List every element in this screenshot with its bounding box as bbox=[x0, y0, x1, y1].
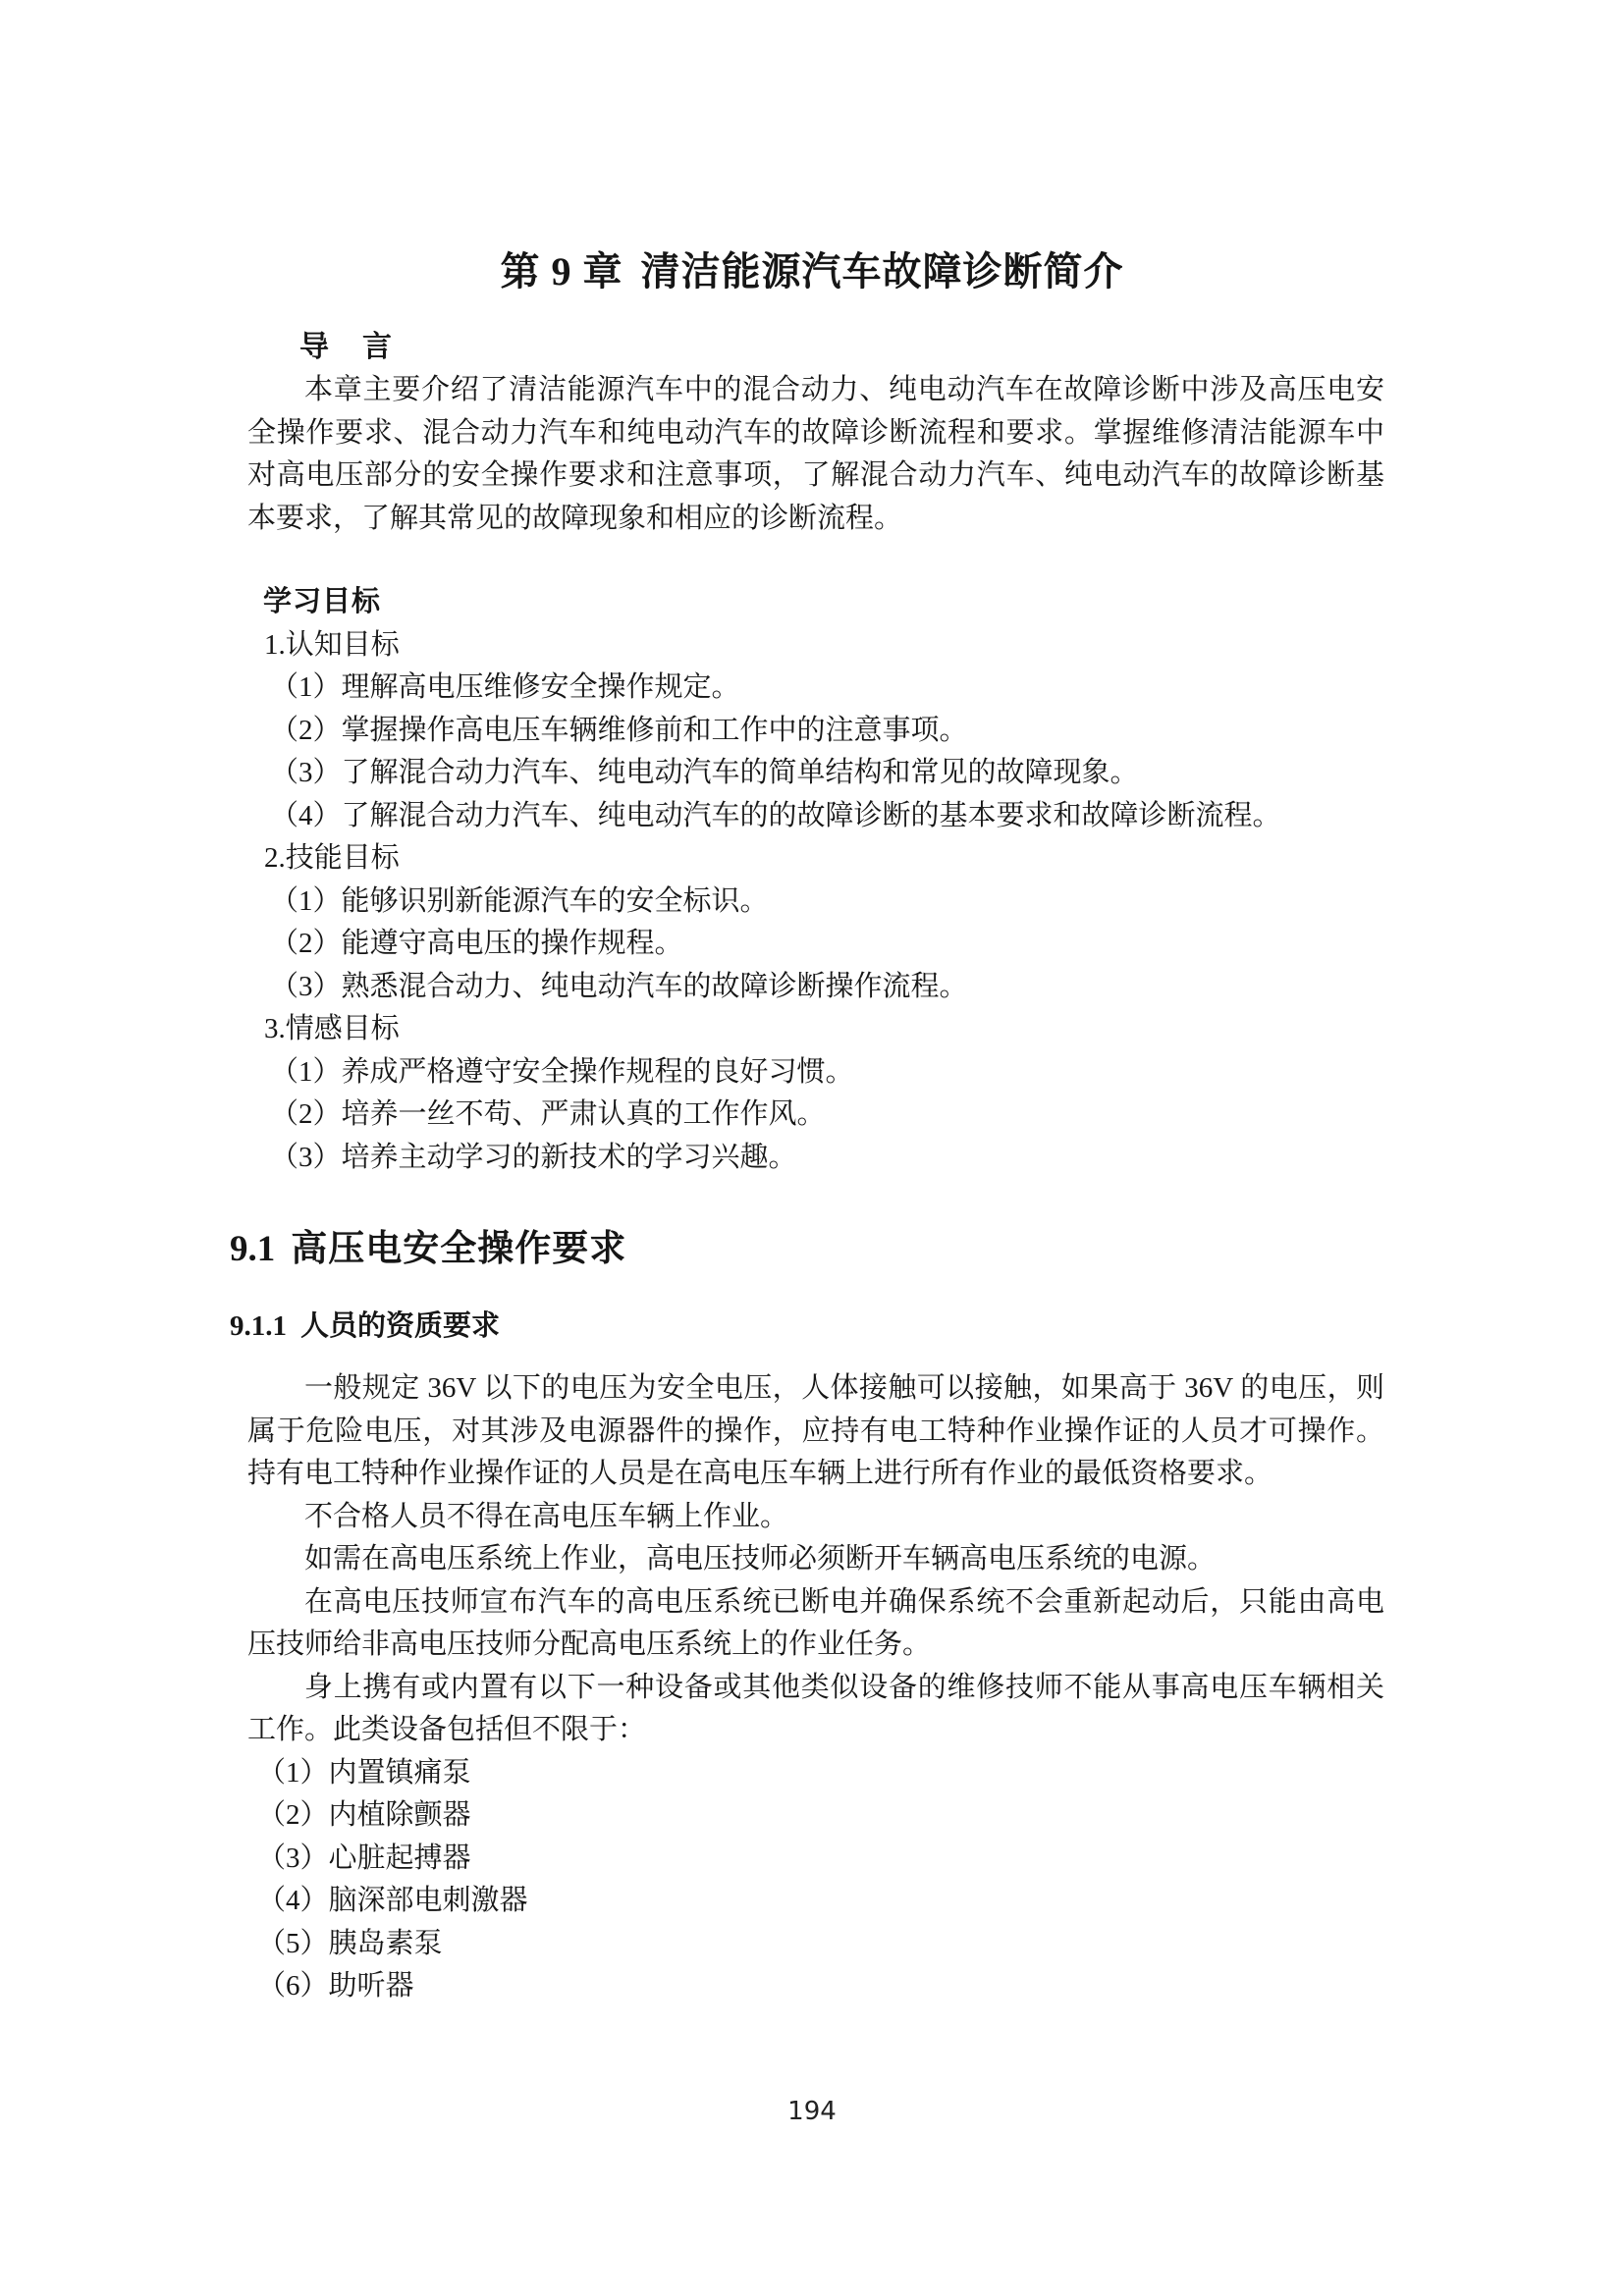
device-list-item: （1）内置镇痛泵 bbox=[230, 1752, 1384, 1795]
section-heading: 9.1高压电安全操作要求 bbox=[230, 1179, 1384, 1273]
body-paragraph: 不合格人员不得在高电压车辆上作业。 bbox=[230, 1496, 1384, 1539]
objective-item: （3）熟悉混合动力、纯电动汽车的故障诊断操作流程。 bbox=[230, 966, 1384, 1009]
objective-item: （1）理解高电压维修安全操作规定。 bbox=[230, 667, 1384, 710]
document-page: 第 9 章清洁能源汽车故障诊断简介 导 言 本章主要介绍了清洁能源汽车中的混合动… bbox=[0, 0, 1624, 2296]
page-content: 导 言 本章主要介绍了清洁能源汽车中的混合动力、纯电动汽车在故障诊断中涉及高压电… bbox=[230, 296, 1384, 2008]
device-list-item: （6）助听器 bbox=[230, 1965, 1384, 2008]
objective-item: （1）养成严格遵守安全操作规程的良好习惯。 bbox=[230, 1051, 1384, 1095]
subsection-title: 人员的资质要求 bbox=[300, 1310, 500, 1342]
body-paragraph: 在高电压技师宣布汽车的高电压系统已断电并确保系统不会重新起动后，只能由高电压技师… bbox=[230, 1581, 1384, 1667]
objective-item: （4）了解混合动力汽车、纯电动汽车的的故障诊断的基本要求和故障诊断流程。 bbox=[230, 795, 1384, 838]
objectives-heading: 学习目标 bbox=[230, 540, 1384, 624]
objective-group-label: 3.情感目标 bbox=[230, 1008, 1384, 1051]
objective-item: （3）了解混合动力汽车、纯电动汽车的简单结构和常见的故障现象。 bbox=[230, 752, 1384, 795]
objective-item: （2）掌握操作高电压车辆维修前和工作中的注意事项。 bbox=[230, 710, 1384, 753]
subsection-number: 9.1.1 bbox=[230, 1310, 287, 1342]
page-number: 194 bbox=[0, 2097, 1624, 2126]
section-number: 9.1 bbox=[230, 1229, 275, 1269]
section-title: 高压电安全操作要求 bbox=[291, 1229, 626, 1269]
objective-item: （3）培养主动学习的新技术的学习兴趣。 bbox=[230, 1137, 1384, 1180]
intro-heading: 导 言 bbox=[230, 296, 1384, 369]
objective-item: （1）能够识别新能源汽车的安全标识。 bbox=[230, 881, 1384, 924]
body-paragraph: 一般规定 36V 以下的电压为安全电压，人体接触可以接触，如果高于 36V 的电… bbox=[230, 1346, 1384, 1496]
chapter-title: 第 9 章清洁能源汽车故障诊断简介 bbox=[0, 0, 1624, 296]
device-list-item: （3）心脏起搏器 bbox=[230, 1838, 1384, 1881]
device-list-item: （4）脑深部电刺激器 bbox=[230, 1880, 1384, 1923]
subsection-heading: 9.1.1人员的资质要求 bbox=[230, 1273, 1384, 1346]
device-list-item: （2）内植除颤器 bbox=[230, 1794, 1384, 1838]
objective-item: （2）能遵守高电压的操作规程。 bbox=[230, 923, 1384, 966]
objective-item: （2）培养一丝不苟、严肃认真的工作作风。 bbox=[230, 1094, 1384, 1137]
body-paragraph: 如需在高电压系统上作业，高电压技师必须断开车辆高电压系统的电源。 bbox=[230, 1538, 1384, 1581]
objective-group-label: 1.认知目标 bbox=[230, 624, 1384, 667]
body-paragraph: 身上携有或内置有以下一种设备或其他类似设备的维修技师不能从事高电压车辆相关工作。… bbox=[230, 1667, 1384, 1752]
device-list-item: （5）胰岛素泵 bbox=[230, 1923, 1384, 1966]
chapter-name: 清洁能源汽车故障诊断简介 bbox=[641, 249, 1124, 294]
objective-group-label: 2.技能目标 bbox=[230, 837, 1384, 881]
intro-paragraph: 本章主要介绍了清洁能源汽车中的混合动力、纯电动汽车在故障诊断中涉及高压电安全操作… bbox=[230, 369, 1384, 540]
chapter-number-label: 第 9 章 bbox=[501, 249, 623, 294]
